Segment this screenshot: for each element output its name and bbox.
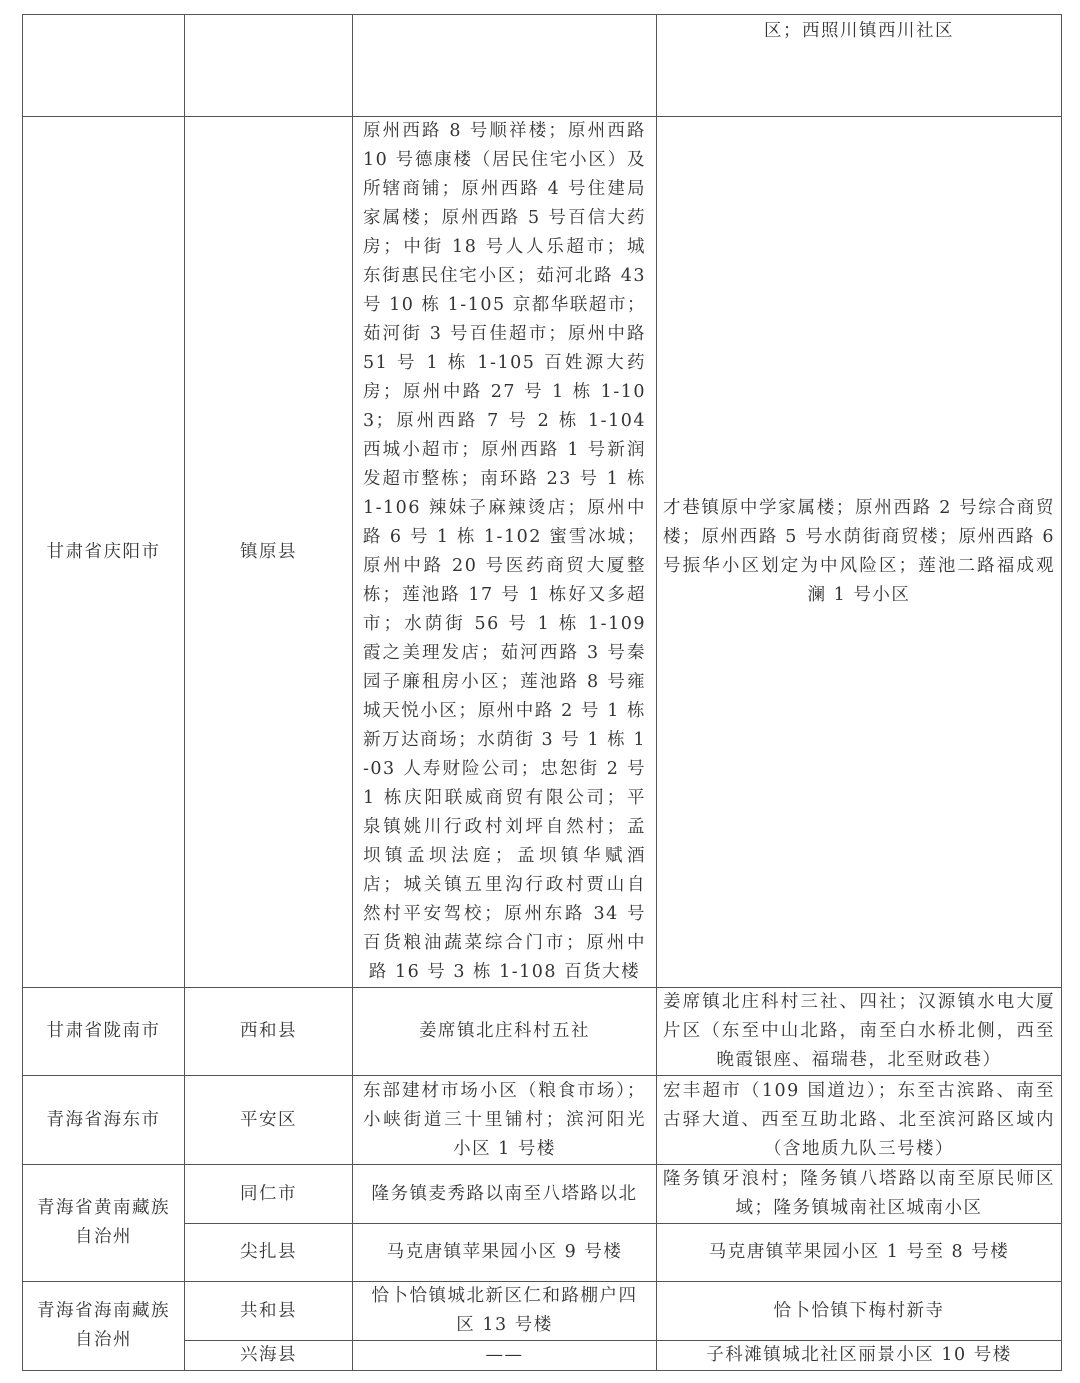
high-risk-cell: 东部建材市场小区（粮食市场）；小峡街道三十里铺村；滨河阳光小区 1 号楼: [353, 1076, 657, 1165]
county-cell: 共和县: [185, 1282, 353, 1341]
medium-risk-cell: 子科滩镇城北社区丽景小区 10 号楼: [657, 1341, 1062, 1371]
medium-risk-cell: 姜席镇北庄科村三社、四社；汉源镇水电大厦片区（东至中山北路，南至白水桥北侧，西至…: [657, 988, 1062, 1076]
medium-risk-cell: 恰卜恰镇下梅村新寺: [657, 1282, 1062, 1341]
county-cell: 尖扎县: [185, 1224, 353, 1282]
county-cell: 平安区: [185, 1076, 353, 1165]
province-city-cell: 青海省黄南藏族自治州: [23, 1165, 185, 1282]
table-row: 甘肃省陇南市 西和县 姜席镇北庄科村五社 姜席镇北庄科村三社、四社；汉源镇水电大…: [23, 988, 1062, 1076]
medium-risk-cell: 宏丰超市（109 国道边）；东至古滨路、南至古驿大道、西至互助北路、北至滨河路区…: [657, 1076, 1062, 1165]
province-city-cell: 青海省海南藏族自治州: [23, 1282, 185, 1371]
medium-risk-cell: 区；西照川镇西川社区: [657, 15, 1062, 117]
medium-risk-cell: 马克唐镇苹果园小区 1 号至 8 号楼: [657, 1224, 1062, 1282]
table-row: 青海省海东市 平安区 东部建材市场小区（粮食市场）；小峡街道三十里铺村；滨河阳光…: [23, 1076, 1062, 1165]
medium-risk-cell: 隆务镇牙浪村；隆务镇八塔路以南至原民师区域；隆务镇城南社区城南小区: [657, 1165, 1062, 1224]
county-cell: 镇原县: [185, 117, 353, 988]
high-risk-cell: 马克唐镇苹果园小区 9 号楼: [353, 1224, 657, 1282]
county-cell: 同仁市: [185, 1165, 353, 1224]
table-row: 甘肃省庆阳市 镇原县 原州西路 8 号顺祥楼；原州西路 10 号德康楼（居民住宅…: [23, 117, 1062, 988]
county-cell: 兴海县: [185, 1341, 353, 1371]
province-city-cell: 甘肃省庆阳市: [23, 117, 185, 988]
high-risk-cell: [353, 15, 657, 117]
high-risk-cell: ——: [353, 1341, 657, 1371]
medium-risk-cell: 才巷镇原中学家属楼；原州西路 2 号综合商贸楼；原州西路 5 号水荫街商贸楼；原…: [657, 117, 1062, 988]
province-city-cell: 青海省海东市: [23, 1076, 185, 1165]
high-risk-cell: 恰卜恰镇城北新区仁和路棚户四区 13 号楼: [353, 1282, 657, 1341]
province-city-cell: [23, 15, 185, 117]
table-row: 青海省黄南藏族自治州 同仁市 隆务镇麦秀路以南至八塔路以北 隆务镇牙浪村；隆务镇…: [23, 1165, 1062, 1224]
table-row: 青海省海南藏族自治州 共和县 恰卜恰镇城北新区仁和路棚户四区 13 号楼 恰卜恰…: [23, 1282, 1062, 1341]
high-risk-cell: 姜席镇北庄科村五社: [353, 988, 657, 1076]
risk-area-table: 区；西照川镇西川社区 甘肃省庆阳市 镇原县 原州西路 8 号顺祥楼；原州西路 1…: [22, 14, 1062, 1371]
high-risk-cell: 隆务镇麦秀路以南至八塔路以北: [353, 1165, 657, 1224]
province-city-cell: 甘肃省陇南市: [23, 988, 185, 1076]
county-cell: [185, 15, 353, 117]
high-risk-cell: 原州西路 8 号顺祥楼；原州西路 10 号德康楼（居民住宅小区）及所辖商铺；原州…: [353, 117, 657, 988]
table-row: 区；西照川镇西川社区: [23, 15, 1062, 117]
county-cell: 西和县: [185, 988, 353, 1076]
